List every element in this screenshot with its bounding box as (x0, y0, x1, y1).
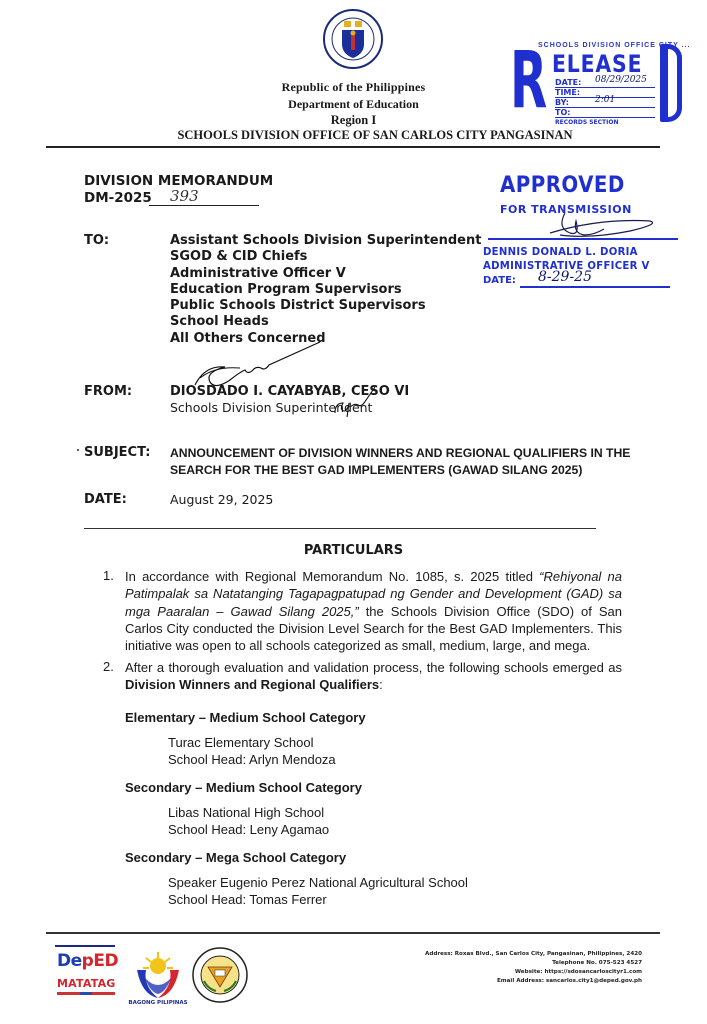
subject-label: SUBJECT: (84, 445, 150, 460)
released-by-row: BY:2:01 (555, 98, 655, 108)
footer-telephone: Telephone No. 075-523 4527 (425, 959, 642, 968)
section-divider (84, 528, 596, 529)
paragraph-1: In accordance with Regional Memorandum N… (125, 568, 622, 654)
school-entry: Turac Elementary School School Head: Arl… (168, 734, 336, 768)
released-by-value: 2:01 (595, 95, 615, 105)
to-recipients-list: Assistant Schools Division Superintenden… (170, 233, 481, 347)
approved-stamp: APPROVED FOR TRANSMISSION DENNIS DONALD … (480, 170, 690, 295)
footer-contact-info: Address: Roxas Blvd., San Carlos City, P… (425, 950, 642, 986)
recipient: Assistant Schools Division Superintenden… (170, 233, 481, 249)
footer-email[interactable]: Email Address: sancarlos.city1@deped.gov… (425, 977, 642, 986)
released-bottom-text: RECORDS SECTION (555, 118, 655, 128)
footer-divider (46, 932, 660, 934)
school-head: School Head: Arlyn Mendoza (168, 751, 336, 768)
released-stamp-r: R (510, 42, 547, 120)
matatag-text: MATATAG (57, 977, 116, 990)
school-name: Libas National High School (168, 804, 329, 821)
released-to-row: TO: (555, 108, 655, 118)
released-date-row: DATE:08/29/2025 (555, 78, 655, 88)
date-label: DATE: (84, 492, 127, 507)
stray-dot (77, 449, 79, 451)
school-entry: Speaker Eugenio Perez National Agricultu… (168, 874, 468, 908)
recipient: Education Program Supervisors (170, 282, 481, 298)
deped-seal-icon (322, 8, 384, 70)
school-name: Speaker Eugenio Perez National Agricultu… (168, 874, 468, 891)
memo-date: August 29, 2025 (170, 492, 273, 507)
recipient: Public Schools District Supervisors (170, 298, 481, 314)
memo-number: 393 (170, 187, 199, 205)
recipient: School Heads (170, 314, 481, 330)
sender-title: Schools Division Superintendent (170, 400, 372, 415)
released-stamp-d (660, 44, 682, 122)
recipient: SGOD & CID Chiefs (170, 249, 481, 265)
bagong-pilipinas-logo: BAGONG PILIPINAS (125, 948, 191, 1014)
school-entry: Libas National High School School Head: … (168, 804, 329, 838)
approved-date-value: 8-29-25 (538, 269, 592, 285)
sender-name: DIOSDADO I. CAYABYAB, CESO VI (170, 384, 409, 399)
item-number: 2. (103, 659, 114, 674)
header-divider (46, 146, 660, 148)
released-stamp: SCHOOLS DIVISION OFFICE CITY ... R ELEAS… (510, 30, 690, 140)
recipient: Administrative Officer V (170, 266, 481, 282)
category-heading: Elementary – Medium School Category (125, 710, 366, 725)
particulars-heading: PARTICULARS (0, 543, 707, 558)
to-label: TO: (84, 233, 109, 248)
paragraph-2: After a thorough evaluation and validati… (125, 659, 622, 694)
released-stamp-title: ELEASE (552, 50, 642, 78)
approved-date-line (520, 286, 670, 288)
deped-matatag-logo: DepED MATATAG (55, 945, 125, 1007)
footer-address: Address: Roxas Blvd., San Carlos City, P… (425, 950, 642, 959)
approved-title: APPROVED (500, 173, 625, 198)
sdo-seal-icon (192, 947, 248, 1003)
subject-text: ANNOUNCEMENT OF DIVISION WINNERS AND REG… (170, 445, 680, 478)
footer-website[interactable]: Website: https://sdosancarloscityr1.com (425, 968, 642, 977)
memo-number-line (149, 205, 259, 206)
memo-number-prefix: DM-2025 (84, 190, 152, 206)
approved-signature-line (488, 238, 678, 240)
school-head: School Head: Tomas Ferrer (168, 891, 468, 908)
from-label: FROM: (84, 384, 132, 399)
approver-name: DENNIS DONALD L. DORIA (483, 245, 638, 258)
school-head: School Head: Leny Agamao (168, 821, 329, 838)
released-date-value: 08/29/2025 (595, 75, 647, 85)
item-number: 1. (103, 568, 114, 583)
approved-date-label: DATE: (483, 275, 516, 286)
category-heading: Secondary – Mega School Category (125, 850, 346, 865)
category-heading: Secondary – Medium School Category (125, 780, 362, 795)
approver-signature-icon (535, 208, 665, 248)
school-name: Turac Elementary School (168, 734, 336, 751)
winners-emphasis: Division Winners and Regional Qualifiers (125, 677, 379, 692)
